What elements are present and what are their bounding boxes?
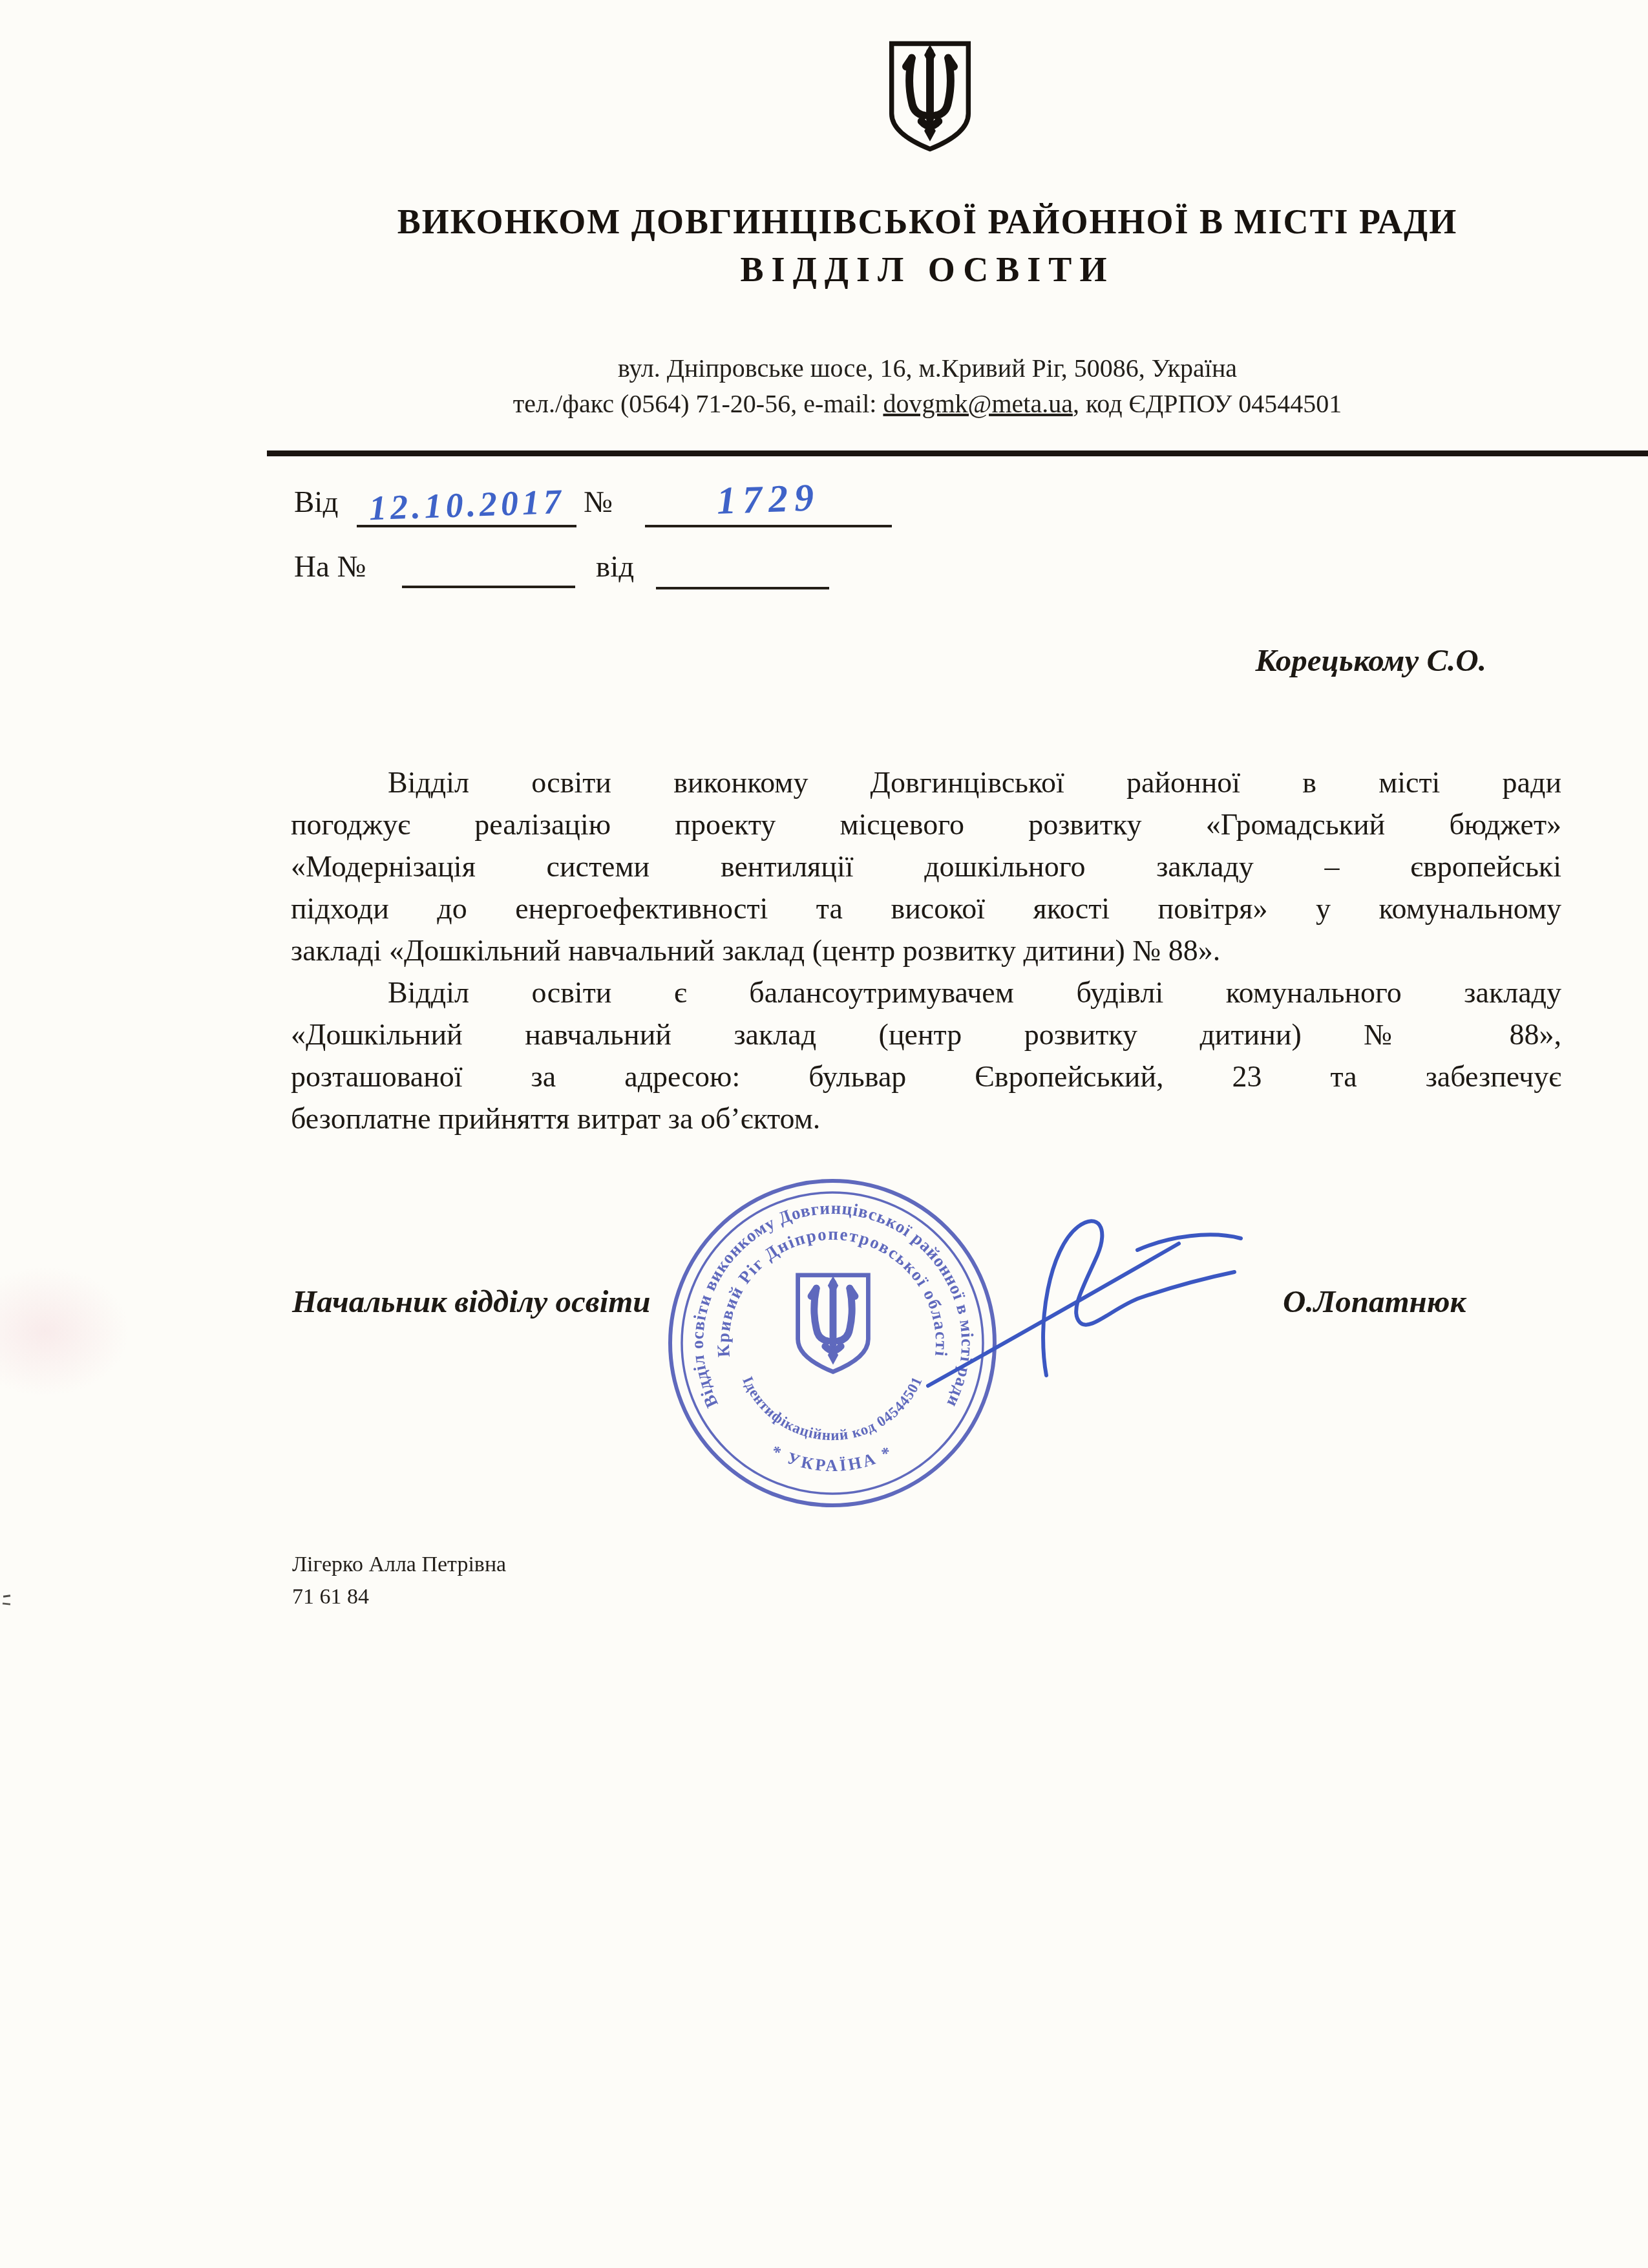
executor-name: Лігерко Алла Петрівна xyxy=(292,1553,506,1577)
scan-smudge xyxy=(0,1267,129,1396)
signer-name: О.Лопатнюк xyxy=(1283,1283,1466,1320)
stamp-country-text: * УКРАЇНА * xyxy=(768,1442,897,1476)
executor-phone: 71 61 84 xyxy=(292,1585,369,1609)
org-name-line1: ВИКОНКОМ ДОВГИНЦІВСЬКОЇ РАЙОННОЇ В МІСТІ… xyxy=(207,202,1648,242)
body-line: Відділ освіти є балансоутримувачем будів… xyxy=(291,971,1561,1013)
outgoing-date-label: Від xyxy=(294,485,338,520)
signature-scribble xyxy=(887,1187,1300,1400)
email-address: dovgmk@meta.ua xyxy=(883,389,1072,418)
addressee: Корецькому С.О. xyxy=(1256,642,1487,679)
body-line: Відділ освіти виконкому Довгинцівської р… xyxy=(291,761,1561,803)
letter-body: Відділ освіти виконкому Довгинцівської р… xyxy=(291,761,1561,1139)
outgoing-number-blank: 1729 xyxy=(645,486,892,527)
body-line: розташованої за адресою: бульвар Європей… xyxy=(291,1055,1561,1097)
org-name-line2: ВІДДІЛ ОСВІТИ xyxy=(207,249,1648,290)
body-line: безоплатне прийняття витрат за об’єктом. xyxy=(291,1097,1561,1139)
scan-artifact xyxy=(3,1602,10,1605)
stamp-trident-shield xyxy=(798,1275,869,1372)
reply-date-blank xyxy=(656,552,829,589)
reply-number-blank xyxy=(402,551,575,588)
scan-artifact xyxy=(3,1595,10,1598)
handwritten-date: 12.10.2017 xyxy=(368,482,565,529)
contact-suffix: , код ЄДРПОУ 04544501 xyxy=(1073,389,1342,418)
org-contact-line: тел./факс (0564) 71-20-56, e-mail: dovgm… xyxy=(207,388,1648,419)
signer-position-title: Начальник відділу освіти xyxy=(292,1283,651,1320)
body-line: закладі «Дошкільний навчальний заклад (ц… xyxy=(291,929,1561,971)
reply-number-label: На № xyxy=(294,549,366,584)
org-address: вул. Дніпровське шосе, 16, м.Кривий Ріг,… xyxy=(207,353,1648,383)
body-line: «Модернізація системи вентиляції дошкіль… xyxy=(291,845,1561,887)
ukraine-trident-emblem xyxy=(882,39,978,154)
body-line: підходи до енергоефективності та високої… xyxy=(291,887,1561,929)
header-divider-rule xyxy=(267,450,1648,456)
svg-text:* УКРАЇНА *: * УКРАЇНА * xyxy=(768,1442,897,1476)
outgoing-date-blank: 12.10.2017 xyxy=(357,489,576,527)
reply-date-label: від xyxy=(596,549,634,584)
handwritten-number: 1729 xyxy=(716,475,821,524)
body-line: погоджує реалізацію проекту місцевого ро… xyxy=(291,803,1561,845)
body-line: «Дошкільний навчальний заклад (центр роз… xyxy=(291,1013,1561,1055)
contact-prefix: тел./факс (0564) 71-20-56, e-mail: xyxy=(513,389,883,418)
outgoing-number-label: № xyxy=(584,485,613,520)
